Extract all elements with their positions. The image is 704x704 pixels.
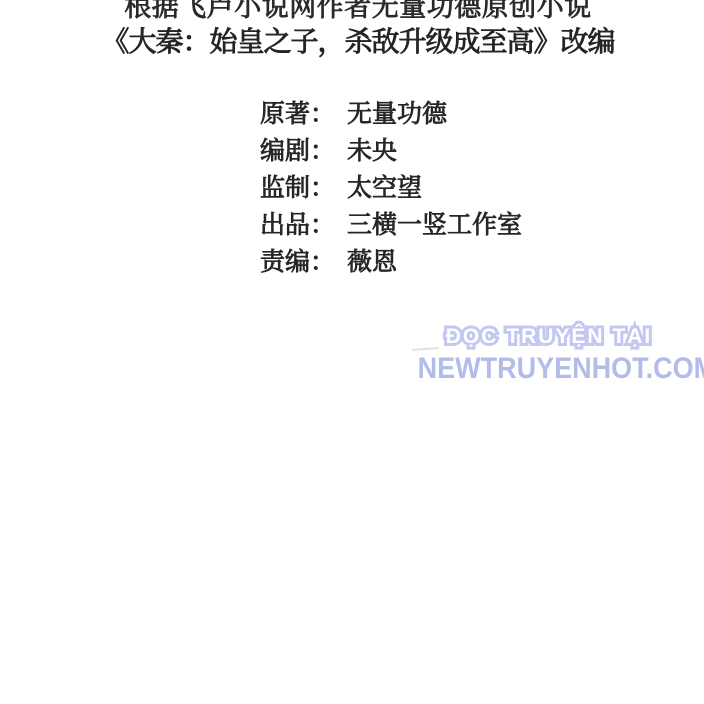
- credit-row-screenwriter: 编剧：未央: [260, 133, 522, 170]
- credit-value: 未央: [347, 137, 397, 165]
- credit-label: 责编：: [260, 248, 335, 276]
- watermark-tagline-fill: ĐỌC TRUYỆN TẠI: [403, 324, 695, 350]
- site-watermark: ĐỌC TRUYỆN TẠI ĐỌC TRUYỆN TẠI NEWTRUYENH…: [403, 324, 695, 386]
- credit-label: 出品：: [260, 211, 335, 239]
- credits-list: 原著：无量功德 编剧：未央 监制：太空望 出品：三横一竖工作室 责编：薇恩: [260, 96, 522, 281]
- credit-label: 原著：: [260, 100, 335, 128]
- comic-credits-page: 根据飞卢小说网作者无量功德原创小说 《大秦：始皇之子，杀敌升级成至高》改编 原著…: [0, 0, 704, 704]
- watermark-site-url: NEWTRUYENHOT.COM: [418, 352, 681, 386]
- credit-value: 三横一竖工作室: [347, 211, 522, 239]
- credit-row-original-author: 原著：无量功德: [260, 96, 522, 133]
- credit-row-producer: 出品：三横一竖工作室: [260, 207, 522, 244]
- credit-label: 编剧：: [260, 137, 335, 165]
- credit-value: 太空望: [347, 174, 422, 202]
- credit-row-supervisor: 监制：太空望: [260, 170, 522, 207]
- credit-row-editor: 责编：薇恩: [260, 244, 522, 281]
- adapted-title-line: 《大秦：始皇之子，杀敌升级成至高》改编: [6, 20, 704, 60]
- credit-label: 监制：: [260, 174, 335, 202]
- credit-value: 无量功德: [347, 100, 447, 128]
- credit-value: 薇恩: [347, 248, 397, 276]
- watermark-tagline: ĐỌC TRUYỆN TẠI ĐỌC TRUYỆN TẠI: [403, 324, 695, 350]
